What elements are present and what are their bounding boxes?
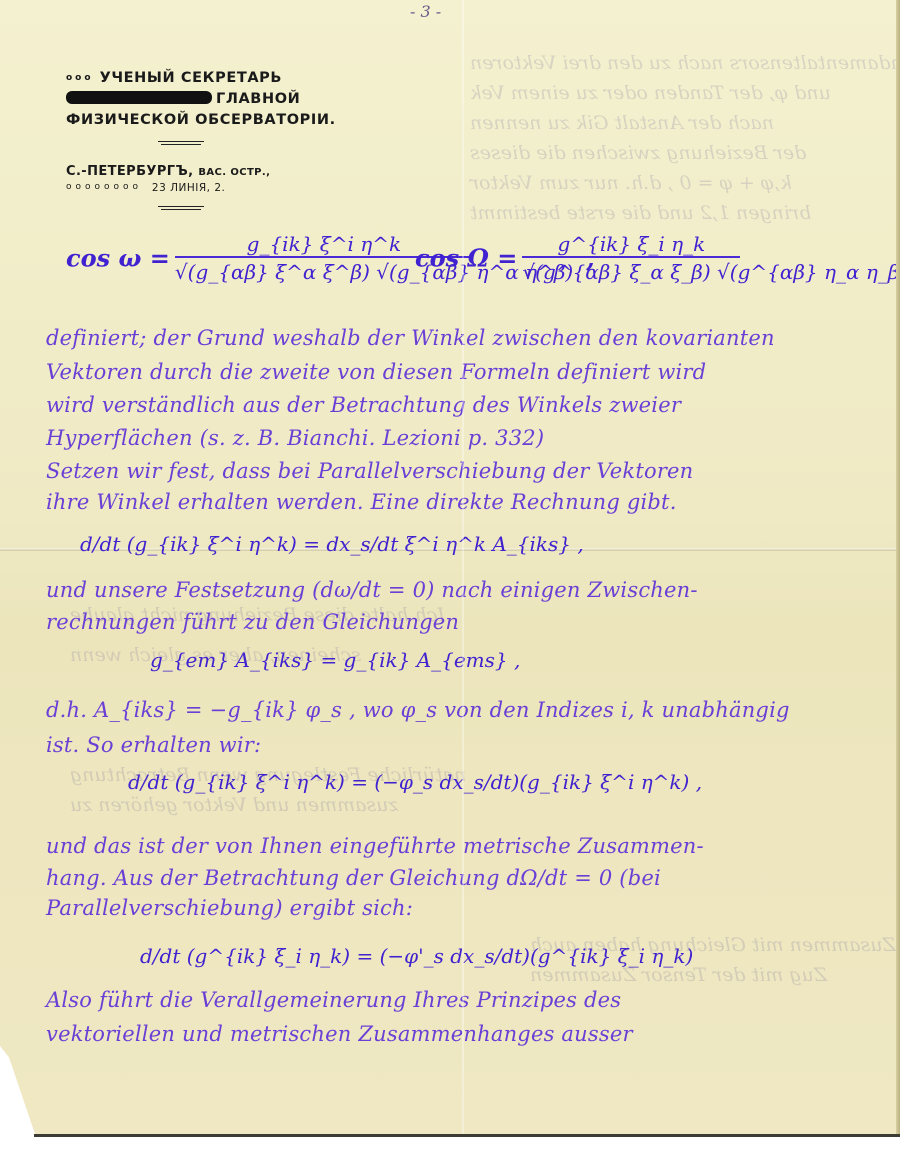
bleed-through-text: der Beziehung zwischen die dieses: [470, 138, 806, 168]
text-line: wird verständlich aus der Betrachtung de…: [46, 393, 681, 417]
equation-3: d/dt (g_{ik} ξ^i η^k) = (−φ_s dx_s/dt)(g…: [128, 770, 702, 794]
equation-4: d/dt (g^{ik} ξ_i η_k) = (−φ'_s dx_s/dt)(…: [140, 944, 693, 968]
bleed-through-text: k,φ + φ = 0 , d.h. nur zum Vektor: [470, 168, 792, 198]
text-line: und unsere Festsetzung (dω/dt = 0) nach …: [46, 578, 698, 602]
text-line: ihre Winkel erhalten werden. Eine direkt…: [46, 490, 677, 514]
divider: [161, 209, 201, 210]
text-line: vektoriellen und metrischen Zusammenhang…: [46, 1022, 633, 1046]
letterhead-address: С.-ПЕТЕРБУРГЪ, ВАС. ОСТР.,: [66, 163, 336, 182]
divider: [161, 144, 201, 145]
text-line: hang. Aus der Betrachtung der Gleichung …: [46, 866, 661, 890]
divider: [158, 141, 204, 142]
equation-2: g_{em} A_{iks} = g_{ik} A_{ems} ,: [150, 648, 520, 672]
page-edge-shadow: [34, 1134, 900, 1137]
text-line: Hyperflächen (s. z. B. Bianchi. Lezioni …: [46, 426, 544, 450]
letter-page: des Fundamentaltensors nach zu den drei …: [0, 0, 900, 1137]
ornament-dots: oooooooo: [66, 182, 142, 192]
bleed-through-text: zusammen und Vektor gehören zu: [70, 790, 398, 820]
letterhead-redacted-line: ГЛАВНОЙ: [66, 89, 336, 110]
divider: [158, 206, 204, 207]
text-line: ist. So erhalten wir:: [46, 733, 261, 757]
bleed-through-text: des Fundamentaltensors nach zu den drei …: [470, 48, 900, 78]
text-line: und das ist der von Ihnen eingeführte me…: [46, 834, 704, 858]
page-number: - 3 -: [410, 2, 441, 21]
text-line: Also führt die Verallgemeinerung Ihres P…: [46, 988, 621, 1012]
page-edge: [896, 0, 900, 1137]
text-line: rechnungen führt zu den Gleichungen: [46, 610, 459, 634]
bleed-through-text: nach der Anstalt Gik zu nennen: [470, 108, 774, 138]
equation-1: d/dt (g_{ik} ξ^i η^k) = dx_s/dt ξ^i η^k …: [80, 532, 584, 556]
letterhead: oooУЧЕНЫЙ СЕКРЕТАРЬ ГЛАВНОЙ ФИЗИЧЕСКОЙ О…: [66, 68, 336, 210]
letterhead-title-line: oooУЧЕНЫЙ СЕКРЕТАРЬ: [66, 68, 336, 89]
text-line: Vektoren durch die zweite von diesen For…: [46, 360, 706, 384]
bleed-through-text: bringen 1,2 und die erste bestimmt: [470, 198, 811, 228]
redaction-mark: [66, 91, 212, 104]
ornament-dots: ooo: [66, 73, 94, 83]
text-line: definiert; der Grund weshalb der Winkel …: [46, 326, 775, 350]
letterhead-street: oooooooo 23 ЛИНІЯ, 2.: [66, 182, 336, 194]
text-line: Parallelverschiebung) ergibt sich:: [46, 896, 413, 920]
letterhead-institution-line: ФИЗИЧЕСКОЙ ОБСЕРВАТОРІИ.: [66, 110, 336, 131]
bleed-through-text: und φ, der Tanden oder zu einem Vek: [470, 78, 831, 108]
text-line: Setzen wir fest, dass bei Parallelversch…: [46, 459, 693, 483]
text-line: d.h. A_{iks} = −g_{ik} φ_s , wo φ_s von …: [46, 698, 790, 722]
formula-cos-Omega: cos Ω = g^{ik} ξ_i η_k √(g^{αβ} ξ_α ξ_β)…: [415, 232, 900, 284]
